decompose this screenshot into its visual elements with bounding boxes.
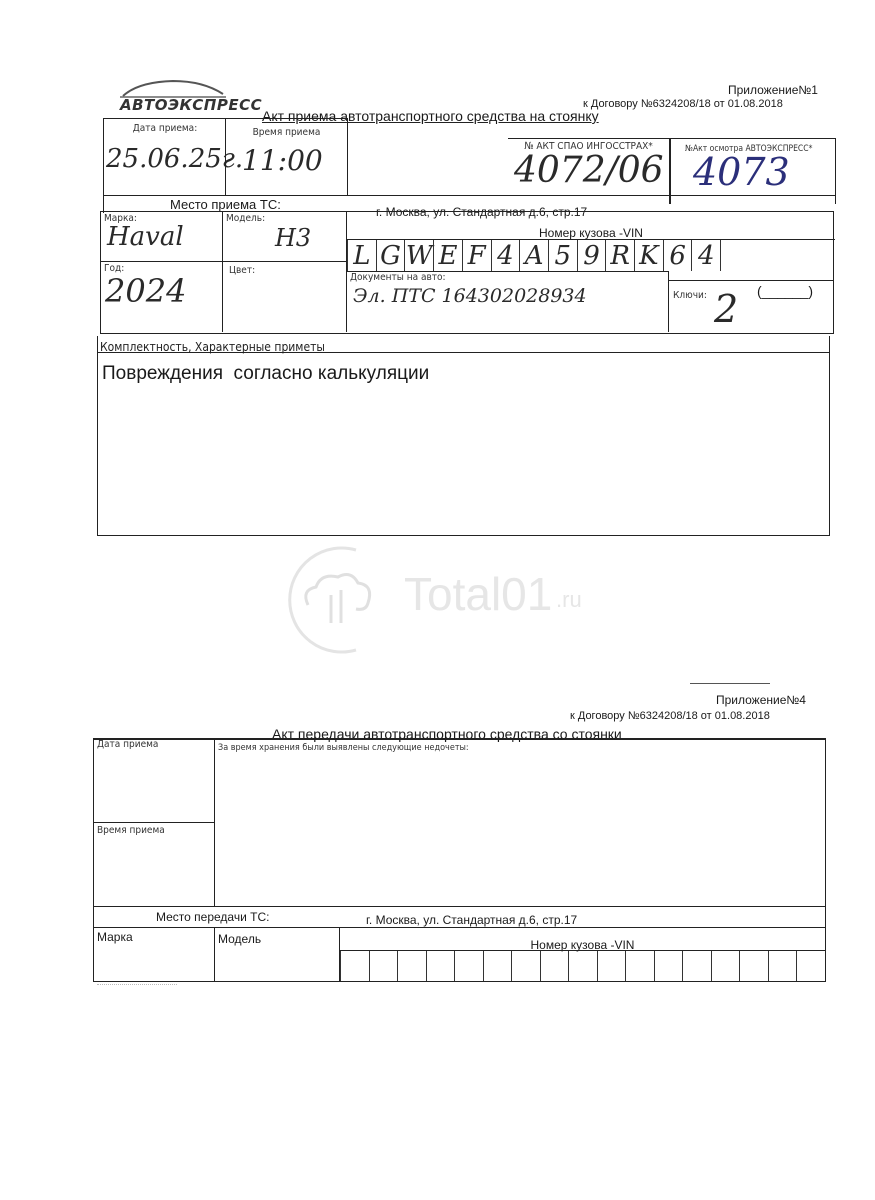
vin-cell[interactable]: W	[404, 240, 433, 271]
release-time-label: Время приема	[97, 825, 214, 836]
act-ingos-value[interactable]: 4072/06	[514, 150, 669, 191]
vin-cell[interactable]	[540, 951, 569, 981]
release-place-row: Место передачи ТС: г. Москва, ул. Станда…	[94, 906, 825, 928]
vin-cell[interactable]	[397, 951, 426, 981]
release-time-cell: Время приема	[94, 823, 215, 906]
release-place-label: Место передачи ТС:	[156, 910, 269, 924]
model-value[interactable]: H3	[275, 224, 346, 252]
vin-cell[interactable]	[720, 240, 749, 271]
watermark-logo-icon	[286, 545, 396, 655]
date-value[interactable]: 25.06.25г.	[106, 144, 226, 174]
vin-cell[interactable]	[454, 951, 483, 981]
top-line	[690, 683, 770, 684]
vin-cell[interactable]: L	[347, 240, 376, 271]
vin-cell[interactable]	[749, 240, 778, 271]
year-value[interactable]: 2024	[105, 272, 222, 310]
time-value[interactable]: 11:00	[242, 144, 347, 177]
vin-cell[interactable]	[654, 951, 683, 981]
vin-cell[interactable]: 9	[577, 240, 606, 271]
place-label: Место приема ТС:	[170, 197, 281, 212]
vin-cell[interactable]	[768, 951, 797, 981]
equipment-label: Комплектность, Характерные приметы	[100, 340, 325, 354]
vin-cell[interactable]: 5	[548, 240, 577, 271]
brand-cell: Марка: Haval	[101, 212, 223, 262]
defects-label: За время хранения были выявлены следующи…	[218, 743, 825, 753]
release-vin-row	[340, 950, 825, 981]
defects-cell[interactable]: За время хранения были выявлены следующи…	[215, 739, 825, 906]
vin-header: Номер кузова -VIN	[347, 226, 835, 240]
year-cell: Год: 2024	[101, 262, 223, 332]
vin-cell[interactable]: 4	[491, 240, 520, 271]
appendix-number: Приложение№1	[728, 83, 818, 97]
car-silhouette-icon	[118, 78, 228, 98]
date-cell: Дата приема: 25.06.25г.	[103, 118, 226, 196]
model-cell: Модель: H3	[223, 212, 347, 262]
release-brand-cell[interactable]: Марка	[94, 928, 215, 981]
keys-label: Ключи:	[673, 290, 707, 301]
release-model-cell[interactable]: Модель	[215, 928, 340, 981]
time-cell: Время приема 11:00	[225, 118, 348, 196]
vin-row: LGWEF4A59RK64	[347, 239, 835, 271]
vin-cell[interactable]: 4	[691, 240, 720, 271]
vin-cell[interactable]: G	[376, 240, 405, 271]
vin-cell[interactable]	[483, 951, 512, 981]
vin-cell[interactable]	[340, 951, 369, 981]
logo-text: АВТОЭКСПРЕСС	[120, 96, 262, 114]
vin-cell[interactable]	[511, 951, 540, 981]
vin-cell[interactable]: 6	[663, 240, 692, 271]
vin-cell[interactable]	[806, 240, 835, 271]
release-date-label: Дата приема	[97, 739, 214, 750]
vin-cell[interactable]	[426, 951, 455, 981]
vin-cell[interactable]	[778, 240, 807, 271]
release-model-label: Модель	[218, 932, 339, 946]
date-label: Дата приема:	[104, 123, 226, 134]
appendix-number-2: Приложение№4	[716, 693, 806, 707]
time-label: Время приема	[226, 127, 347, 138]
footnote	[97, 984, 177, 985]
docs-value[interactable]: Эл. ПТС 164302028934	[353, 285, 668, 307]
vin-cell[interactable]	[796, 951, 825, 981]
vin-cell[interactable]	[369, 951, 398, 981]
contract-ref-2: к Договору №6324208/18 от 01.08.2018	[570, 710, 770, 722]
act-inspect-value[interactable]: 4073	[693, 150, 835, 194]
vin-cell[interactable]	[739, 951, 768, 981]
vin-cell[interactable]: K	[634, 240, 663, 271]
color-label: Цвет:	[229, 265, 346, 276]
release-brand-label: Марка	[97, 930, 214, 944]
brand-value[interactable]: Haval	[107, 222, 222, 252]
docs-cell: Документы на авто: Эл. ПТС 164302028934	[347, 271, 669, 332]
watermark-suffix: .ru	[556, 587, 582, 613]
equipment-value[interactable]: Повреждения согласно калькуляции	[102, 363, 429, 385]
keys-value[interactable]: 2	[714, 287, 738, 331]
contract-ref: к Договору №6324208/18 от 01.08.2018	[583, 98, 783, 110]
vin-cell[interactable]	[682, 951, 711, 981]
vin-cell[interactable]: R	[605, 240, 634, 271]
release-date-cell: Дата приема	[94, 739, 215, 823]
vin-cell[interactable]: F	[462, 240, 491, 271]
keys-cell: Ключи: 2 (______)	[669, 280, 834, 332]
vin-cell[interactable]	[597, 951, 626, 981]
vin-cell[interactable]: A	[519, 240, 548, 271]
vin-cell[interactable]	[711, 951, 740, 981]
release-place-value: г. Москва, ул. Стандартная д.6, стр.17	[366, 913, 577, 927]
watermark-text: Total01	[404, 567, 552, 621]
company-logo: АВТОЭКСПРЕСС	[118, 78, 228, 118]
keys-blank: (______)	[757, 283, 813, 299]
vin-cell[interactable]	[625, 951, 654, 981]
model-label: Модель:	[226, 213, 346, 224]
color-cell: Цвет:	[223, 262, 347, 332]
equipment-block: Комплектность, Характерные приметы Повре…	[97, 336, 830, 536]
docs-label: Документы на авто:	[350, 272, 668, 283]
vin-cell[interactable]: E	[433, 240, 462, 271]
watermark: Total01 .ru	[286, 545, 606, 655]
vin-cell[interactable]	[568, 951, 597, 981]
